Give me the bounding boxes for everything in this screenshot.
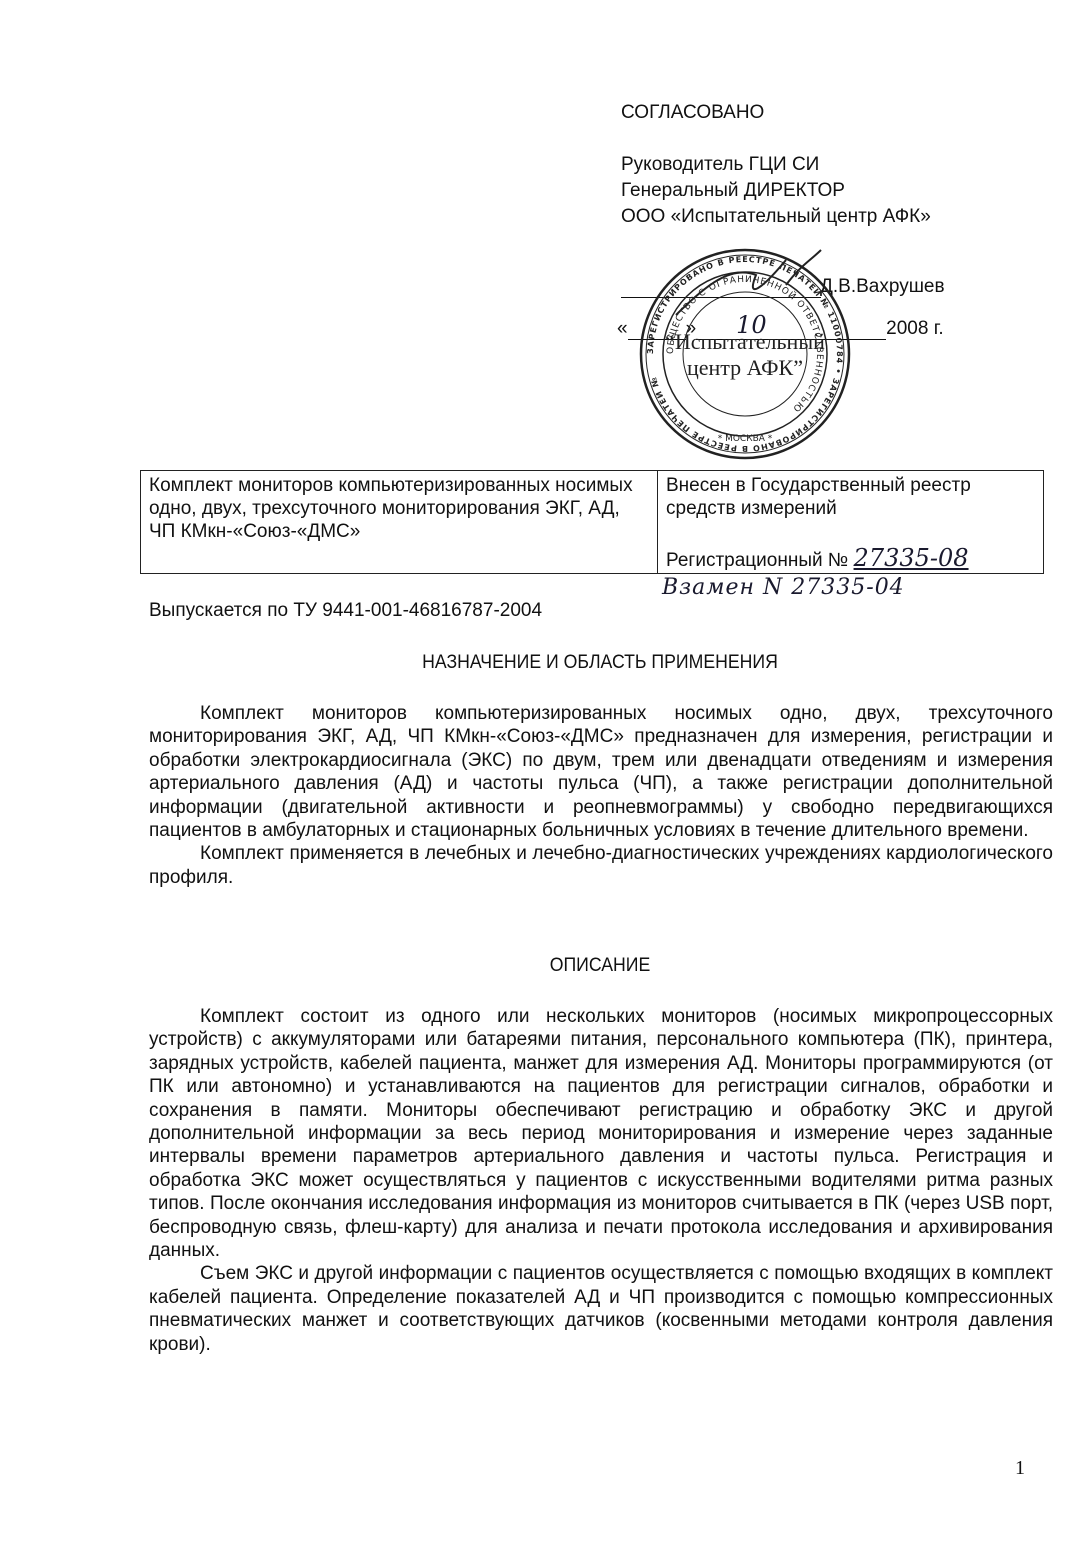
- registration-number: Регистрационный № 27335-08: [666, 547, 969, 572]
- registration-number-handwritten: 27335-08: [854, 544, 969, 572]
- page-number: 1: [1015, 1457, 1025, 1480]
- section-body-purpose: Комплект мониторов компьютеризированных …: [149, 702, 1053, 889]
- issued-per-spec: Выпускается по ТУ 9441-001-46816787-2004: [149, 600, 542, 622]
- paragraph: Съем ЭКС и другой информации с пациентов…: [149, 1262, 1053, 1356]
- approval-block: СОГЛАСОВАНО Руководитель ГЦИ СИ Генераль…: [621, 100, 931, 230]
- paragraph: Комплект мониторов компьютеризированных …: [149, 702, 1053, 842]
- product-name-cell: Комплект мониторов компьютеризированных …: [141, 471, 658, 573]
- date-open-quote: «: [617, 318, 628, 339]
- section-body-description: Комплект состоит из одного или нескольки…: [149, 1005, 1053, 1356]
- svg-text:* МОСКВА *: * МОСКВА *: [718, 434, 773, 444]
- paragraph: Комплект применяется в лечебных и лечебн…: [149, 842, 1053, 889]
- svg-text:“Испытательный: “Испытательный: [665, 329, 825, 354]
- date-year: 2008 г.: [886, 318, 943, 339]
- approval-line-position: Руководитель ГЦИ СИ: [621, 152, 931, 178]
- registry-cell: Внесен в Государственный реестр средств …: [658, 471, 1043, 573]
- organization-stamp-icon: ЗАРЕГИСТРИРОВАНО В РЕЕСТРЕ ПЕЧАТЕЙ № 110…: [636, 245, 854, 463]
- approval-title: СОГЛАСОВАНО: [621, 100, 931, 126]
- paragraph: Комплект состоит из одного или нескольки…: [149, 1005, 1053, 1262]
- section-heading-description: ОПИСАНИЕ: [172, 955, 1028, 977]
- svg-text:центр АФК”: центр АФК”: [687, 355, 803, 380]
- approval-line-title: Генеральный ДИРЕКТОР: [621, 178, 931, 204]
- replaces-note-handwritten: Взамен N 27335-04: [662, 575, 905, 600]
- registry-text: Внесен в Государственный реестр средств …: [666, 474, 1026, 520]
- registry-table: Комплект мониторов компьютеризированных …: [140, 470, 1044, 574]
- registration-label: Регистрационный №: [666, 550, 848, 571]
- section-heading-purpose: НАЗНАЧЕНИЕ И ОБЛАСТЬ ПРИМЕНЕНИЯ: [172, 652, 1028, 674]
- approval-line-organization: ООО «Испытательный центр АФК»: [621, 204, 931, 230]
